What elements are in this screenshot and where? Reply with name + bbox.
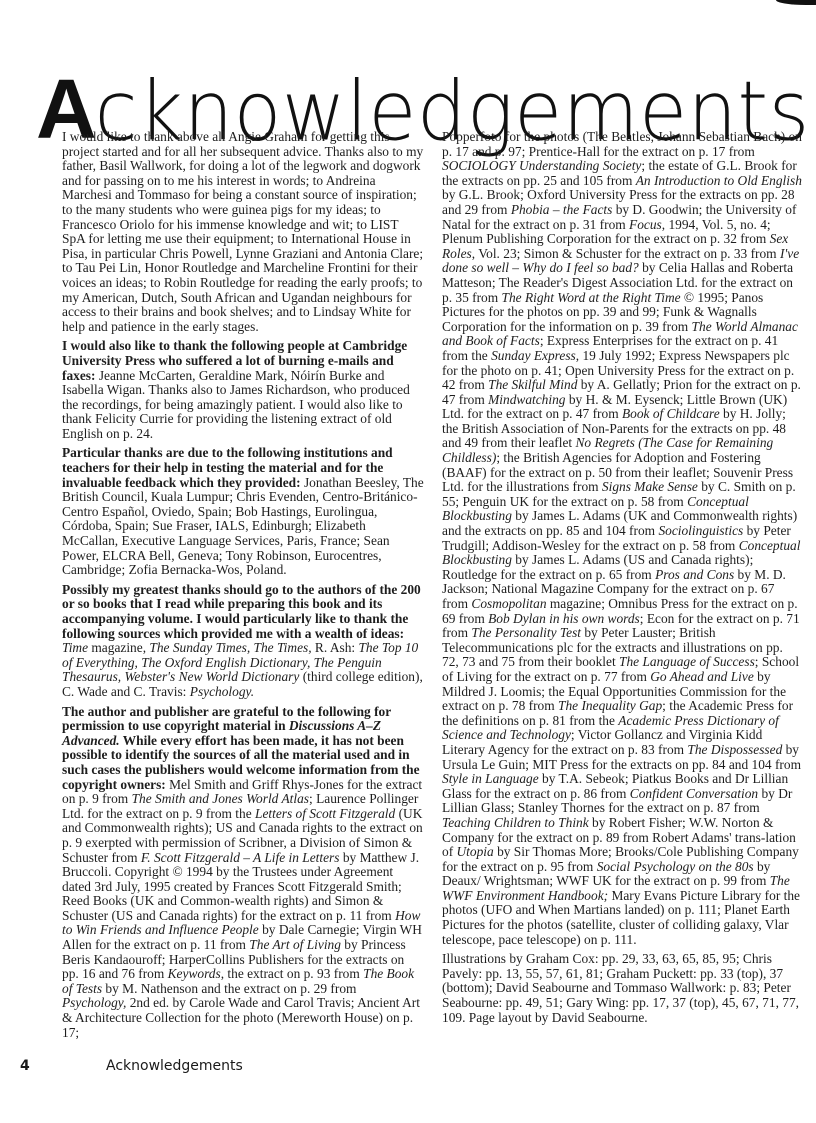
title-citation: Social Psychology on the 80s [597,859,754,874]
title-citation: The Book of Tests [62,966,414,996]
title-citation: The World Almanac and Book of Facts [442,319,798,349]
paragraph-lead: The author and publisher are grateful to… [62,704,420,792]
paragraph: I would like to thank above all Angie Gr… [62,130,424,334]
title-citation: The Dispossessed [687,742,782,757]
paragraph: Particular thanks are due to the followi… [62,446,424,577]
title-citation: Psychology, [62,995,126,1010]
title-citation: Style in Language [442,771,539,786]
title-citation: Focus [629,217,662,232]
paragraph: I would also like to thank the following… [62,339,424,441]
title-citation: The WWF Environment Handbook; [442,873,790,903]
page-number: 4 [20,1058,30,1074]
title-citation: The Skilful Mind [488,377,577,392]
title-citation: Pros and Cons [655,567,734,582]
title-citation: An Introduction to Old English [636,173,802,188]
paragraph: Possibly my greatest thanks should go to… [62,583,424,700]
title-citation: The Language of Success [619,654,755,669]
scan-corner-mark [776,0,816,5]
title-citation: Mindwatching [488,392,565,407]
title-citation: Confident Conversation [630,786,758,801]
title-citation: The Personality Test [471,625,581,640]
title-citation: Book of Childcare [622,406,720,421]
paragraph-lead: Possibly my greatest thanks should go to… [62,582,421,641]
title-citation: Phobia – the Facts [511,202,613,217]
title-citation: Cosmopolitan [471,596,546,611]
body-columns: I would like to thank above all Angie Gr… [62,130,802,1045]
page-footer: 4 Acknowledgements [0,1058,816,1078]
title-citation: Conceptual Blockbusting [442,494,749,524]
title-citation: Utopia [457,844,494,859]
title-citation: The Sunday Times, The Times, [149,640,311,655]
title-citation: Letters of Scott Fitzgerald [255,806,395,821]
title-citation: The Inequality Gap [558,698,662,713]
title-citation: SOCIOLOGY Understanding Society [442,158,641,173]
title-citation: Sociolinguistics [658,523,743,538]
title-citation: F. Scott Fitzgerald – A Life in Letters [141,850,340,865]
title-citation: Signs Make Sense [602,479,698,494]
paragraph: Popperfoto for the photos (The Beatles, … [442,130,802,947]
title-citation: The Art of Living [249,937,341,952]
title-citation: The Right Word at the Right Time [502,290,681,305]
title-citation: I've done so well – Why do I feel so bad… [442,246,799,276]
title-citation: Sunday Express [491,348,576,363]
paragraph: The author and publisher are grateful to… [62,705,424,1041]
title-citation: Conceptual Blockbusting [442,538,800,568]
right-column: Popperfoto for the photos (The Beatles, … [442,130,802,1045]
title-citation: Sex Roles [442,231,788,261]
running-head: Acknowledgements [106,1058,243,1074]
paragraph-lead: Particular thanks are due to the followi… [62,445,393,489]
left-column: I would like to thank above all Angie Gr… [62,130,424,1045]
title-citation: Time [62,640,88,655]
title-citation: How to Win Friends and Influence People [62,908,420,938]
paragraph-lead: I would also like to thank the following… [62,338,407,382]
title-citation: Go Ahead and Live [650,669,754,684]
title-citation: Teaching Children to Think [442,815,589,830]
title-citation: Psychology. [190,684,254,699]
title-citation: Academic Press Dictionary of Science and… [442,713,779,743]
title-citation: Bob Dylan in his own words [488,611,640,626]
title-citation: No Regrets (The Case for Remaining Child… [442,435,773,465]
title-citation: Keywords [168,966,221,981]
title-citation: The Smith and Jones World Atlas [132,791,309,806]
paragraph: Illustrations by Graham Cox: pp. 29, 33,… [442,952,802,1025]
